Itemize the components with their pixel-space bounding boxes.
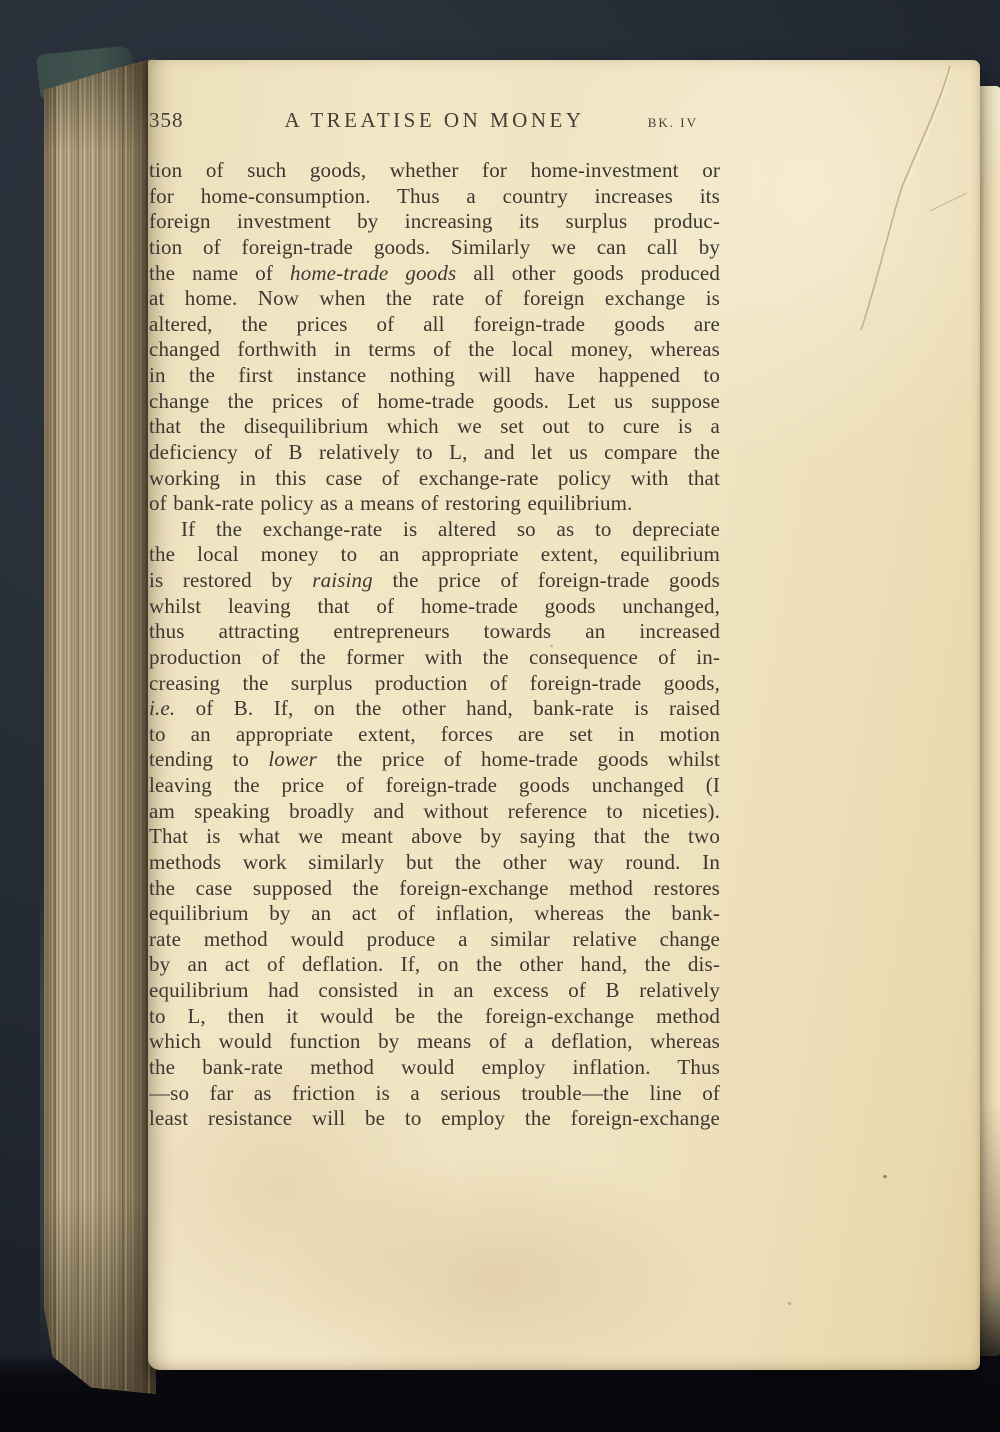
text-segment: the local money to an appropriate extent…	[149, 542, 720, 566]
text-segment: the case supposed the foreign-exchange m…	[149, 876, 720, 900]
text-segment: working in this case of exchange-rate po…	[149, 466, 720, 490]
text-segment: thus attracting entrepreneurs towards an…	[149, 619, 720, 643]
text-segment: creasing the surplus production of forei…	[149, 671, 720, 695]
text-segment: That is what we meant above by saying th…	[149, 824, 720, 848]
text-line: rate method would produce a similar rela…	[149, 927, 720, 953]
text-segment: am speaking broadly and without referenc…	[149, 799, 720, 823]
text-line: to an appropriate extent, forces are set…	[149, 722, 720, 748]
text-segment: equilibrium by an act of inflation, wher…	[149, 901, 720, 925]
text-line: deficiency of B relatively to L, and let…	[149, 440, 720, 466]
text-segment: all other goods produced	[456, 261, 720, 285]
text-line: tending to lower the price of home-trade…	[149, 747, 720, 773]
text-segment: production of the former with the conseq…	[149, 645, 720, 669]
text-segment: to L, then it would be the foreign-excha…	[149, 1004, 720, 1028]
text-segment: altered, the prices of all foreign-trade…	[149, 312, 720, 336]
text-line: the name of home-trade goods all other g…	[149, 261, 720, 287]
text-line: the local money to an appropriate extent…	[149, 542, 720, 568]
text-segment: for home-consumption. Thus a country inc…	[149, 184, 720, 208]
text-segment: methods work similarly but the other way…	[149, 850, 720, 874]
text-line: If the exchange-rate is altered so as to…	[149, 517, 720, 543]
text-segment: change the prices of home-trade goods. L…	[149, 389, 720, 413]
running-head: 358 A TREATISE ON MONEY BK. IV	[149, 108, 720, 138]
text-line: i.e. of B. If, on the other hand, bank-r…	[149, 696, 720, 722]
page-stack-texture	[44, 58, 156, 1394]
text-segment: to an appropriate extent, forces are set…	[149, 722, 720, 746]
text-segment: whilst leaving that of home-trade goods …	[149, 594, 720, 618]
text-segment: foreign investment by increasing its sur…	[149, 209, 720, 233]
text-segment: tion of such goods, whether for home-inv…	[149, 158, 720, 182]
text-line: creasing the surplus production of forei…	[149, 671, 720, 697]
text-line: production of the former with the conseq…	[149, 645, 720, 671]
italic-text: home-trade goods	[290, 261, 456, 285]
text-line: foreign investment by increasing its sur…	[149, 209, 720, 235]
text-line: That is what we meant above by saying th…	[149, 824, 720, 850]
text-segment: the bank-rate method would employ inflat…	[149, 1055, 720, 1079]
text-line: least resistance will be to employ the f…	[149, 1106, 720, 1132]
text-segment: the price of home-trade goods whilst	[317, 747, 720, 771]
text-line: —so far as friction is a serious trouble…	[149, 1081, 720, 1107]
text-segment: by an act of deflation. If, on the other…	[149, 952, 720, 976]
text-line: to L, then it would be the foreign-excha…	[149, 1004, 720, 1030]
running-title: A TREATISE ON MONEY	[149, 108, 720, 133]
text-line: which would function by means of a defla…	[149, 1029, 720, 1055]
page-stack-fore-edge	[44, 58, 156, 1394]
text-segment: which would function by means of a defla…	[149, 1029, 720, 1053]
text-segment: that the disequilibrium which we set out…	[149, 414, 720, 438]
page-body: tion of such goods, whether for home-inv…	[149, 158, 720, 1132]
text-line: whilst leaving that of home-trade goods …	[149, 594, 720, 620]
italic-text: lower	[268, 747, 317, 771]
text-segment: of bank-rate policy as a means of restor…	[149, 491, 633, 515]
text-line: for home-consumption. Thus a country inc…	[149, 184, 720, 210]
text-segment: tending to	[149, 747, 268, 771]
underlying-page-edge	[978, 86, 1000, 1356]
text-segment: rate method would produce a similar rela…	[149, 927, 720, 951]
text-line: thus attracting entrepreneurs towards an…	[149, 619, 720, 645]
book-scan-photo: 358 A TREATISE ON MONEY BK. IV tion of s…	[0, 0, 1000, 1432]
text-line: altered, the prices of all foreign-trade…	[149, 312, 720, 338]
text-line: leaving the price of foreign-trade goods…	[149, 773, 720, 799]
text-segment: tion of foreign-trade goods. Similarly w…	[149, 235, 720, 259]
paper-speck	[788, 1302, 791, 1305]
text-segment: the price of foreign-trade goods	[373, 568, 720, 592]
text-segment: of B. If, on the other hand, bank-rate i…	[175, 696, 720, 720]
text-segment: changed forthwith in terms of the local …	[149, 337, 720, 361]
text-line: tion of foreign-trade goods. Similarly w…	[149, 235, 720, 261]
text-line: the bank-rate method would employ inflat…	[149, 1055, 720, 1081]
text-line: equilibrium by an act of inflation, wher…	[149, 901, 720, 927]
text-segment: equilibrium had consisted in an excess o…	[149, 978, 720, 1002]
text-segment: least resistance will be to employ the f…	[149, 1106, 720, 1130]
text-line: of bank-rate policy as a means of restor…	[149, 491, 720, 517]
text-line: equilibrium had consisted in an excess o…	[149, 978, 720, 1004]
text-segment: leaving the price of foreign-trade goods…	[149, 773, 720, 797]
text-segment: the name of	[149, 261, 290, 285]
text-segment: deficiency of B relatively to L, and let…	[149, 440, 720, 464]
text-segment: is restored by	[149, 568, 312, 592]
text-segment: If the exchange-rate is altered so as to…	[181, 517, 720, 541]
text-line: change the prices of home-trade goods. L…	[149, 389, 720, 415]
text-line: am speaking broadly and without referenc…	[149, 799, 720, 825]
text-segment: at home. Now when the rate of foreign ex…	[149, 286, 720, 310]
text-segment: in the first instance nothing will have …	[149, 363, 720, 387]
italic-text: raising	[312, 568, 373, 592]
paper-speck	[883, 1175, 887, 1178]
italic-text: i.e.	[149, 696, 175, 720]
text-line: in the first instance nothing will have …	[149, 363, 720, 389]
text-line: changed forthwith in terms of the local …	[149, 337, 720, 363]
text-line: working in this case of exchange-rate po…	[149, 466, 720, 492]
text-line: by an act of deflation. If, on the other…	[149, 952, 720, 978]
text-line: the case supposed the foreign-exchange m…	[149, 876, 720, 902]
text-line: tion of such goods, whether for home-inv…	[149, 158, 720, 184]
text-line: at home. Now when the rate of foreign ex…	[149, 286, 720, 312]
text-segment: —so far as friction is a serious trouble…	[149, 1081, 720, 1105]
text-line: that the disequilibrium which we set out…	[149, 414, 720, 440]
text-line: methods work similarly but the other way…	[149, 850, 720, 876]
paper-crease	[788, 60, 988, 400]
text-line: is restored by raising the price of fore…	[149, 568, 720, 594]
